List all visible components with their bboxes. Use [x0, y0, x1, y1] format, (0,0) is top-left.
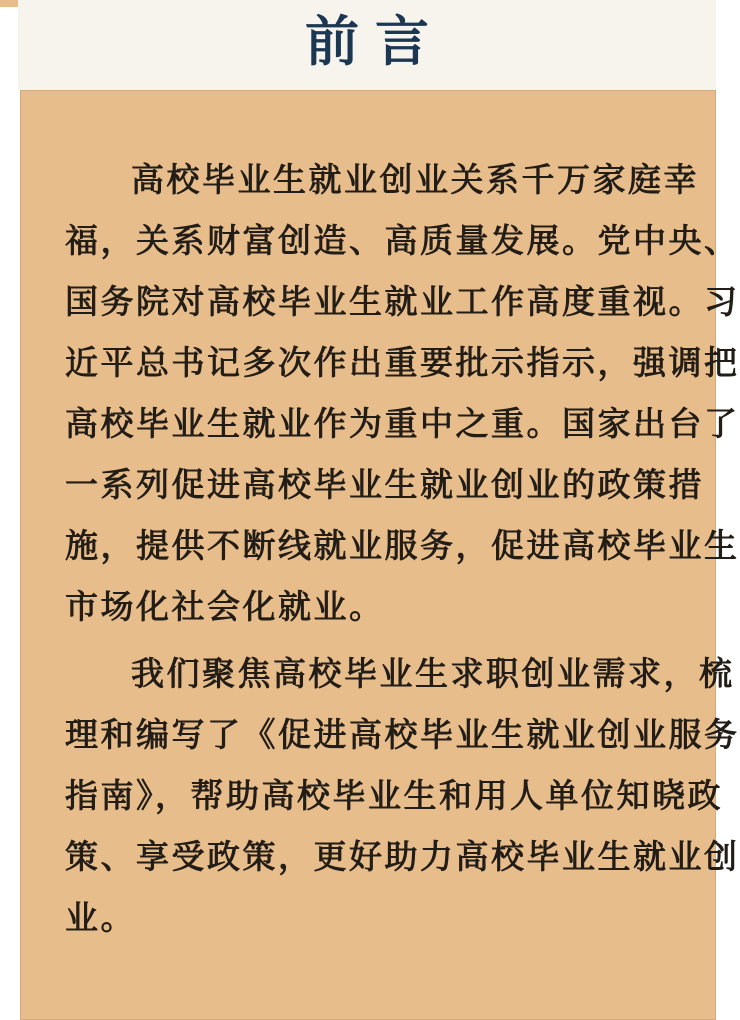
content-block: 高校毕业生就业创业关系千万家庭幸 福，关系财富创造、高质量发展。党中央、 国务院… [20, 90, 716, 1020]
text-line: 指南》，帮助高校毕业生和用人单位知晓政 [65, 765, 690, 826]
text-line: 一系列促进高校毕业生就业创业的政策措 [65, 454, 690, 515]
text-line: 业。 [65, 887, 690, 948]
text-line: 理和编写了《促进高校毕业生就业创业服务 [65, 704, 690, 765]
text-line: 福，关系财富创造、高质量发展。党中央、 [65, 210, 690, 271]
text-line: 国务院对高校毕业生就业工作高度重视。习 [65, 271, 690, 332]
text-line: 高校毕业生就业作为重中之重。国家出台了 [65, 393, 690, 454]
paragraph-1: 高校毕业生就业创业关系千万家庭幸 福，关系财富创造、高质量发展。党中央、 国务院… [65, 149, 690, 637]
header-band: 前言 [18, 0, 716, 90]
text-line: 策、享受政策，更好助力高校毕业生就业创 [65, 826, 690, 887]
text-line: 近平总书记多次作出重要批示指示，强调把 [65, 332, 690, 393]
page-title: 前言 [289, 15, 445, 69]
text-line: 高校毕业生就业创业关系千万家庭幸 [65, 149, 690, 210]
text-line: 市场化社会化就业。 [65, 576, 690, 637]
text-line: 我们聚焦高校毕业生求职创业需求，梳 [65, 643, 690, 704]
text-line: 施，提供不断线就业服务，促进高校毕业生 [65, 515, 690, 576]
paragraph-2: 我们聚焦高校毕业生求职创业需求，梳 理和编写了《促进高校毕业生就业创业服务 指南… [65, 643, 690, 948]
